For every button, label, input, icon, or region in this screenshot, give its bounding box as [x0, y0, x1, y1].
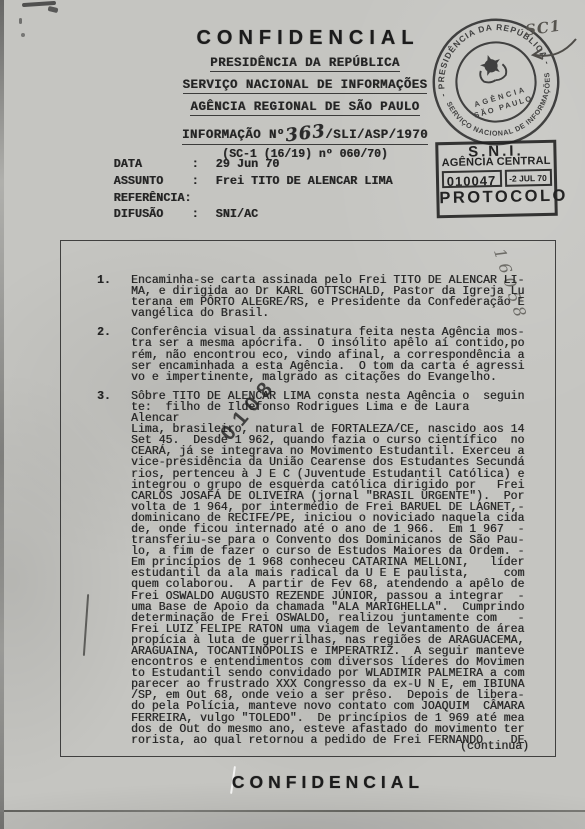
info-number-line: INFORMAÇÃO Nº363/SLI/ASP/1970: [182, 122, 428, 145]
meta-separator: :: [192, 157, 216, 171]
meta-block: DATA:29 Jun 70 ASSUNTO:Frei TITO DE ALEN…: [57, 143, 397, 210]
protocol-stamp: S.N.I. AGÊNCIA CENTRAL 010047 -2 JUL 70 …: [435, 140, 558, 219]
meta-value: Frei TITO DE ALENCAR LIMA: [216, 174, 393, 188]
handwritten-arrow-icon: [527, 36, 579, 66]
scan-bottom-strip: [0, 812, 585, 829]
paragraph-text: Conferência visual da assinatura feita n…: [131, 327, 531, 382]
protocol-stamp-word: PROTOCOLO: [439, 187, 554, 208]
paragraph: 1. Encaminha-se carta assinada pelo Frei…: [61, 275, 555, 319]
info-suffix: /SLI/ASP/1970: [325, 128, 428, 142]
org-line-sni: SERVIÇO NACIONAL DE INFORMAÇÕES: [183, 78, 428, 94]
document-body-box: 1. Encaminha-se carta assinada pelo Frei…: [60, 240, 556, 757]
paragraph-text: Encaminha-se carta assinada pelo Frei TI…: [131, 275, 531, 319]
paragraph-text: Sôbre TITO DE ALENCAR LIMA consta nesta …: [131, 391, 531, 746]
org-line-agencia-sp: AGÊNCIA REGIONAL DE SÃO PAULO: [190, 100, 419, 116]
paragraph-number: 1.: [97, 275, 131, 319]
meta-row: DATA:29 Jun 70: [57, 143, 397, 160]
scan-speck: [21, 33, 25, 37]
scan-speck: [48, 6, 59, 13]
meta-separator: :: [192, 174, 216, 188]
classification-banner-bottom: CONFIDENCIAL: [120, 772, 536, 793]
paragraph: 3. Sôbre TITO DE ALENCAR LIMA consta nes…: [61, 391, 555, 746]
protocol-stamp-agency: AGÊNCIA CENTRAL: [439, 156, 554, 169]
meta-label: DATA: [114, 157, 192, 171]
paragraph-number: 2.: [97, 327, 131, 382]
scan-left-edge: [0, 0, 4, 829]
protocol-number: 010047: [441, 170, 501, 188]
meta-label: REFERÊNCIA:: [114, 191, 192, 205]
paragraph-list: 1. Encaminha-se carta assinada pelo Frei…: [61, 241, 555, 746]
meta-value: 29 Jun 70: [216, 157, 280, 171]
scanned-document-page: CONFIDENCIAL PRESIDÊNCIA DA REPÚBLICA SE…: [0, 0, 585, 829]
meta-separator: :: [192, 207, 216, 221]
coat-of-arms-icon: [475, 51, 508, 85]
meta-value: SNI/AC: [216, 207, 258, 221]
org-line-presidencia: PRESIDÊNCIA DA REPÚBLICA: [210, 56, 400, 72]
meta-label: ASSUNTO: [114, 174, 192, 188]
protocol-date: -2 JUL 70: [504, 169, 551, 187]
paragraph: 2. Conferência visual da assinatura feit…: [61, 327, 555, 382]
continuation-note: (continua): [460, 740, 529, 753]
meta-label: DIFUSÃO: [114, 207, 192, 221]
info-label: INFORMAÇÃO Nº: [182, 128, 285, 142]
scan-speck: [19, 18, 22, 24]
paragraph-number: 3.: [97, 391, 131, 746]
